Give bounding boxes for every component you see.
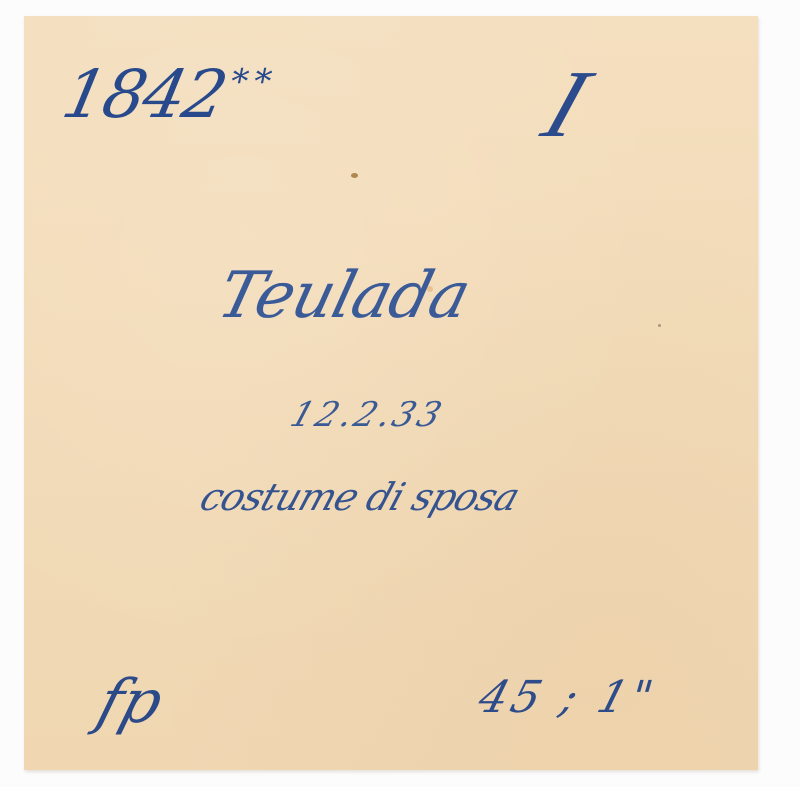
catalog-number-value: 1842 xyxy=(56,56,232,133)
paper-speck-mark xyxy=(658,324,661,327)
photographer-initials: fp xyxy=(91,672,169,732)
scan-background: 1842** I Teulada 12.2.33 costume di spos… xyxy=(0,0,800,787)
date: 12.2.33 xyxy=(286,398,448,432)
paper-stain-mark xyxy=(427,286,433,292)
ink-stain-mark xyxy=(351,173,358,178)
archival-label-card: 1842** I Teulada 12.2.33 costume di spos… xyxy=(24,16,758,770)
subject-caption: costume di sposa xyxy=(196,478,524,516)
exposure-notation: 45 ; 1" xyxy=(474,676,662,720)
star-marks-icon: ** xyxy=(226,62,281,102)
place-name: Teulada xyxy=(212,264,476,328)
volume-roman-numeral: I xyxy=(533,56,600,152)
catalog-number: 1842** xyxy=(57,62,281,128)
